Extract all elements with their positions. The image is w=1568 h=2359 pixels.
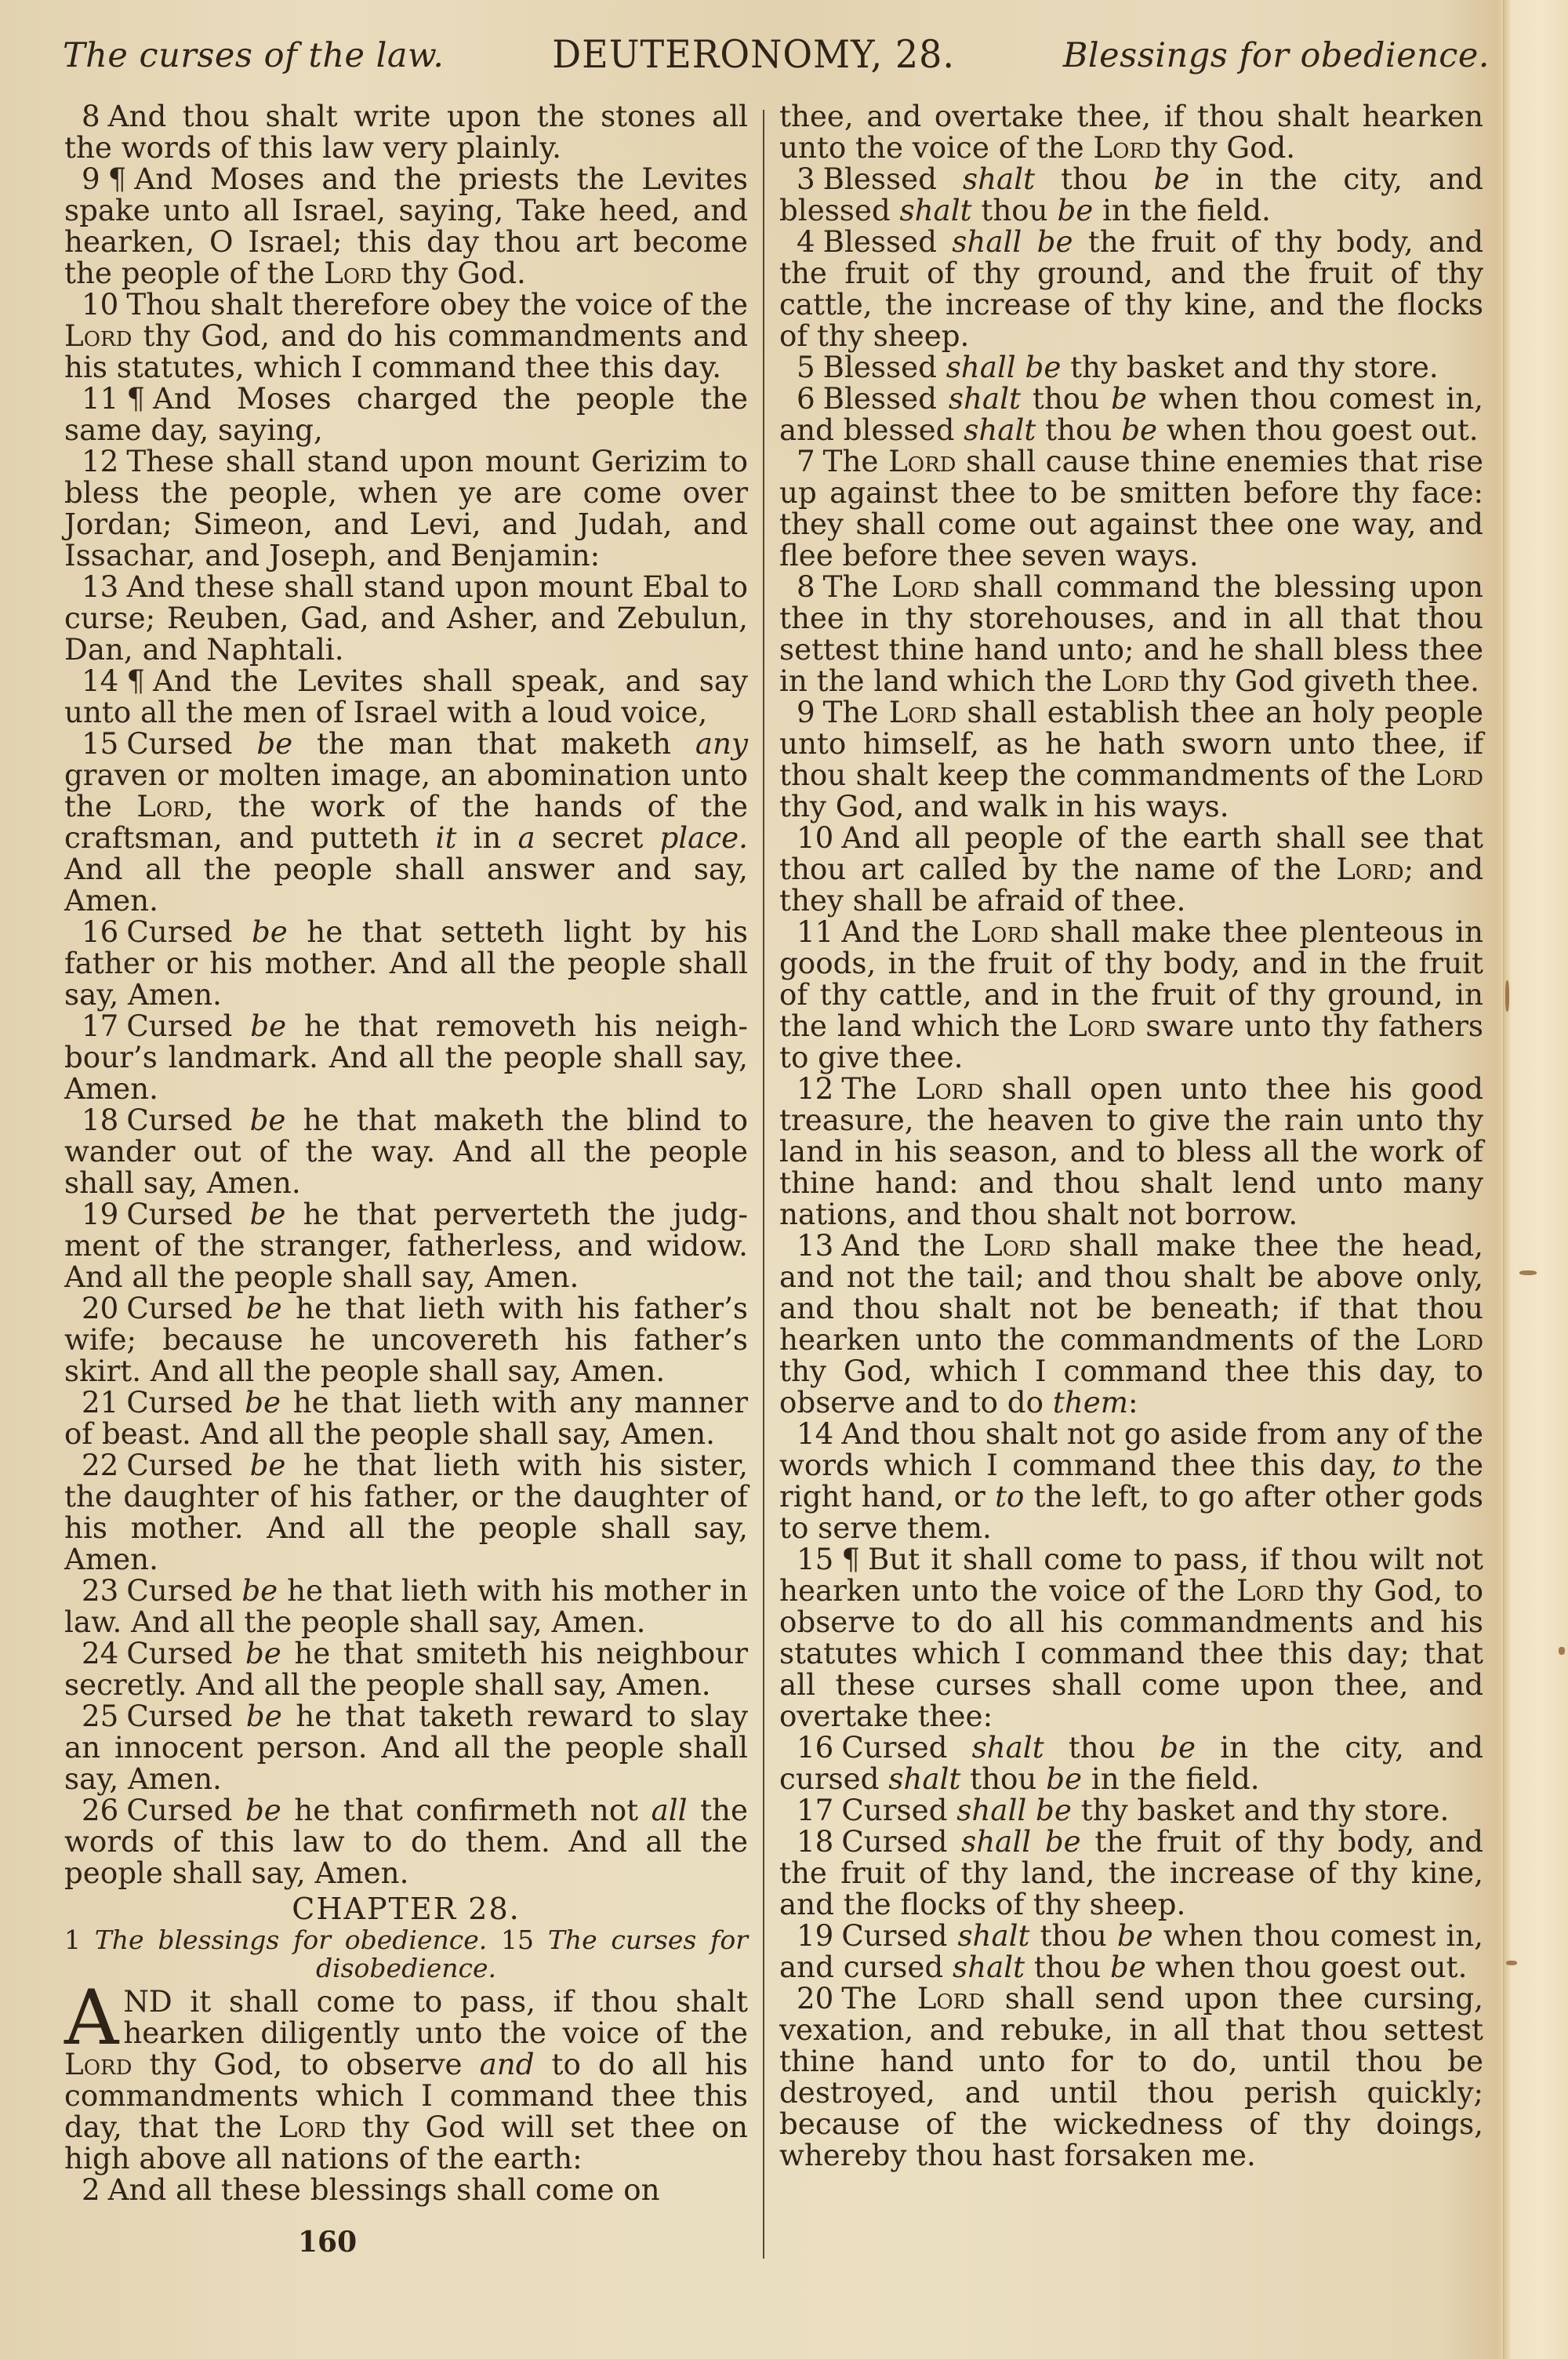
verse-number: 26 (82, 1793, 118, 1827)
foxing-stain (1506, 1961, 1517, 1965)
verse-text-run: thou (1021, 381, 1111, 416)
verse-text-run: in the field. (1093, 193, 1271, 227)
verse-text-run: thy God, and do his command­ments and hi… (64, 318, 748, 384)
italic-supplied-word: be (250, 1009, 286, 1043)
summary-text: The blessings for obedience. (95, 1925, 501, 1955)
verse-number: 6 (797, 381, 815, 416)
verse-number: 9 (82, 162, 100, 196)
verse-text-run: : (1128, 1385, 1138, 1419)
verse-text-run: thou (1036, 413, 1121, 447)
small-caps-lord: Lord (1093, 130, 1160, 165)
verse: thee, and overtake thee, if thou shalt h… (779, 100, 1483, 163)
italic-supplied-word: be (1160, 1730, 1196, 1765)
small-caps-lord: Lord (1102, 663, 1169, 698)
italic-supplied-word: shalt (888, 1761, 960, 1796)
italic-supplied-word: a (517, 820, 535, 855)
italic-supplied-word: and (480, 2047, 535, 2081)
verse-number: 20 (797, 1981, 833, 2016)
next-page-edge (1503, 0, 1568, 2359)
verse-text-run: Cursed (841, 1824, 961, 1859)
verse-number: 24 (82, 1636, 118, 1670)
verse-text-run: thou (1025, 1950, 1110, 1984)
verse-text-run: Cursed (126, 1573, 241, 1608)
verse-text-run: thou (1044, 1730, 1160, 1765)
chapter-heading: CHAPTER 28. (64, 1893, 748, 1925)
verse: 6Blessed shalt thou be when thou comest … (779, 383, 1483, 445)
verse: 13And the Lord shall make thee the head,… (779, 1230, 1483, 1418)
verse-number: 21 (82, 1385, 118, 1419)
italic-supplied-word: be (250, 1448, 286, 1482)
italic-supplied-word: shall be (961, 1824, 1081, 1859)
verse-text-run: Blessed (823, 381, 949, 416)
verse-text-run: thy God, and walk in his ways. (779, 789, 1229, 823)
verse: 23Cursed be he that lieth with his mothe… (64, 1575, 748, 1637)
italic-supplied-word: shall be (956, 1793, 1072, 1827)
page-number: 160 (298, 2226, 357, 2259)
verse-number: 18 (82, 1103, 118, 1137)
small-caps-lord: Lord (891, 569, 959, 604)
verse-text-run: the man that maketh (292, 726, 695, 761)
verse-text-run: These shall stand upon mount Gerizim to … (64, 444, 748, 572)
verse-text-run: Cursed (126, 1699, 246, 1733)
small-caps-lord: Lord (1416, 758, 1483, 792)
verse-text-run: thy God, to observe (132, 2047, 479, 2081)
italic-supplied-word: any (695, 726, 748, 761)
verse-number: 12 (797, 1071, 833, 1106)
verse-number: 16 (797, 1730, 833, 1765)
verse-number: 17 (797, 1793, 833, 1827)
verse-number: 25 (82, 1699, 118, 1733)
italic-supplied-word: be (1111, 381, 1147, 416)
small-caps-lord: Lord (983, 1228, 1051, 1263)
small-caps-lord: Lord (916, 1071, 983, 1106)
italic-supplied-word: be (252, 914, 288, 949)
verse-number: 17 (82, 1009, 118, 1043)
verse-text-run: And the Levites shall speak, and say unt… (64, 663, 748, 729)
verse-text-run: in (456, 820, 517, 855)
verse-number: 16 (82, 914, 118, 949)
verse: 5Blessed shall be thy basket and thy sto… (779, 351, 1483, 383)
pilcrow-icon: ¶ (108, 162, 127, 196)
verse-number: 22 (82, 1448, 118, 1482)
verse-number: 10 (797, 820, 833, 855)
verse-number: 15 (797, 1542, 833, 1576)
italic-supplied-word: be (1057, 193, 1093, 227)
verse-number: 20 (82, 1291, 118, 1325)
italic-supplied-word: be (1117, 1918, 1153, 1953)
verse-number: 18 (797, 1824, 833, 1859)
italic-supplied-word: shalt (972, 1730, 1044, 1765)
verse: 13And these shall stand upon mount Ebal … (64, 571, 748, 665)
small-caps-lord: Lord (136, 789, 204, 823)
small-caps-lord: Lord (1336, 852, 1403, 886)
verse: 2And all these blessings shall come on (64, 2174, 748, 2205)
italic-supplied-word: shalt (964, 413, 1036, 447)
verse-number: 23 (82, 1573, 118, 1608)
small-caps-lord: Lord (971, 914, 1038, 949)
italic-supplied-word: it (436, 820, 457, 855)
verse: 10And all people of the earth shall see … (779, 822, 1483, 916)
verse-number: 14 (797, 1416, 833, 1451)
verse-text-run: And thou shalt not go aside from any of … (779, 1416, 1483, 1482)
small-caps-lord: Lord (889, 695, 956, 729)
verse-number: 8 (82, 99, 100, 133)
verse-text-run: it shall come to pass, if thou shalt hea… (123, 1984, 748, 2050)
verse: 24Cursed be he that smiteth his neigh­bo… (64, 1637, 748, 1700)
verse-number: 3 (797, 162, 815, 196)
verse: 9The Lord shall establish thee an holy p… (779, 696, 1483, 822)
verse-number: 7 (797, 444, 815, 478)
header-left-topic: The curses of the law. (63, 36, 444, 75)
italic-supplied-word: be (250, 1103, 286, 1137)
verse: 15¶But it shall come to pass, if thou wi… (779, 1543, 1483, 1732)
verse-text-run: And thou shalt write upon the stones all… (64, 99, 748, 165)
small-caps-lord: Lord (64, 318, 132, 353)
verse: 14¶And the Levites shall speak, and say … (64, 665, 748, 728)
verse-text-run: Cursed (126, 1103, 249, 1137)
italic-supplied-word: be (245, 1793, 281, 1827)
italic-supplied-word: to (1392, 1448, 1421, 1482)
verse-text-run: Cursed (126, 1636, 245, 1670)
verse-number: 11 (82, 381, 118, 416)
verse-text-run: thy basket and thy store. (1061, 350, 1438, 384)
italic-supplied-word: be (1046, 1761, 1082, 1796)
chapter-summary: 1 The blessings for obedience. 15 The cu… (64, 1926, 748, 1983)
verse-text-run: And all the people shall answer and say,… (64, 852, 748, 918)
summary-verse-ref: 15 (501, 1925, 548, 1955)
verse-text-run: The (823, 444, 888, 478)
right-column: thee, and overtake thee, if thou shalt h… (779, 100, 1483, 2171)
italic-supplied-word: be (241, 1573, 278, 1608)
verse: 11¶And Moses charged the people the same… (64, 383, 748, 445)
verse: 3Blessed shalt thou be in the city, and … (779, 163, 1483, 226)
verse-text-run: when thou goest out. (1157, 413, 1479, 447)
verse-text-run: Cursed (126, 1291, 246, 1325)
verse-text-run: And these shall stand upon mount Ebal to… (64, 569, 748, 667)
pilcrow-icon: ¶ (126, 663, 145, 698)
verse-text-run: Cursed (126, 1448, 249, 1482)
verse-text-run: thy God giveth thee. (1169, 663, 1479, 698)
italic-supplied-word: be (1121, 413, 1157, 447)
drop-cap: A (64, 1987, 118, 2048)
verse: 15Cursed be the man that maketh any grav… (64, 728, 748, 916)
drop-cap-rest: ND (123, 1984, 172, 2019)
verse-text-run: Cursed (841, 1918, 957, 1953)
verse-number: 9 (797, 695, 815, 729)
italic-supplied-word: place. (659, 820, 748, 855)
italic-supplied-word: shalt (963, 162, 1035, 196)
italic-supplied-word: be (246, 1291, 282, 1325)
verse-number: 10 (82, 287, 118, 322)
chapter-27-verses: 8And thou shalt write upon the stones al… (64, 100, 748, 1888)
verse-28-1: AND it shall come to pass, if thou shalt… (64, 1986, 748, 2174)
verse-number: 11 (797, 914, 833, 949)
verse-text-run: Cursed (126, 1009, 250, 1043)
italic-supplied-word: be (245, 1385, 281, 1419)
small-caps-lord: Lord (278, 2110, 346, 2144)
verse-text-run: Cursed (126, 914, 252, 949)
verse-text-run: thou (1035, 162, 1153, 196)
verse-number: 5 (797, 350, 815, 384)
verse-number: 12 (82, 444, 118, 478)
verse: 19Cursed be he that perverteth the judg­… (64, 1198, 748, 1292)
verse-text-run: The (841, 1981, 916, 2016)
small-caps-lord: Lord (1416, 1322, 1483, 1357)
verse: 11And the Lord shall make thee plenteous… (779, 916, 1483, 1073)
verse-number: 19 (82, 1197, 118, 1231)
header-book-chapter: DEUTERONOMY, 28. (552, 32, 955, 77)
verse-number: 2 (82, 2172, 100, 2207)
italic-supplied-word: be (1154, 162, 1190, 196)
verse-text-run: thy God. (1161, 130, 1295, 165)
verse: 8And thou shalt write upon the stones al… (64, 100, 748, 163)
verse: 26Cursed be he that confirmeth not all t… (64, 1794, 748, 1888)
verse-text-run: Cursed (841, 1793, 956, 1827)
verse-text-run: he that confirmeth not (281, 1793, 652, 1827)
italic-supplied-word: shalt (949, 381, 1021, 416)
verse: 25Cursed be he that taketh reward to sla… (64, 1700, 748, 1794)
verse-text-run: thou (972, 193, 1058, 227)
italic-supplied-word: shall be (946, 350, 1062, 384)
summary-verse-ref: 1 (64, 1925, 95, 1955)
verse-number: 4 (797, 224, 815, 259)
verse-number: 14 (82, 663, 118, 698)
small-caps-lord: Lord (888, 444, 956, 478)
verse: 19Cursed shalt thou be when thou comest … (779, 1920, 1483, 1983)
verse: 16Cursed shalt thou be in the city, and … (779, 1732, 1483, 1794)
verse-number: 13 (82, 569, 118, 604)
verse: 4Blessed shall be the fruit of thy body,… (779, 226, 1483, 351)
italic-supplied-word: them (1053, 1385, 1128, 1419)
italic-supplied-word: be (245, 1636, 281, 1670)
verse-text-run: Blessed (823, 350, 946, 384)
italic-supplied-word: be (250, 1197, 286, 1231)
verse-text-run: Blessed (823, 224, 953, 259)
verse-text-run: in the field. (1082, 1761, 1260, 1796)
italic-supplied-word: all (652, 1793, 688, 1827)
verse-text-run: Blessed (823, 162, 963, 196)
italic-supplied-word: shalt (900, 193, 972, 227)
chapter-28-verses-right: thee, and overtake thee, if thou shalt h… (779, 100, 1483, 2171)
verse: 18Cursed be he that maketh the blind to … (64, 1104, 748, 1198)
verse: 17Cursed shall be thy basket and thy sto… (779, 1794, 1483, 1826)
verse: 21Cursed be he that lieth with any manne… (64, 1387, 748, 1449)
verse-text-run: thou (960, 1761, 1046, 1796)
verse: 7The Lord shall cause thine enemies that… (779, 445, 1483, 571)
verse-number: 15 (82, 726, 118, 761)
verse-text-run: The (823, 695, 889, 729)
italic-supplied-word: shalt (957, 1918, 1029, 1953)
verse-text-run: when thou goest out. (1146, 1950, 1468, 1984)
verse: 9¶And Moses and the priests the Levites … (64, 163, 748, 289)
pilcrow-icon: ¶ (126, 381, 145, 416)
verse-text-run: secret (535, 820, 660, 855)
verse-text-run: Thou shalt therefore obey the voice of t… (126, 287, 748, 322)
verse-text-run: Cursed (126, 1793, 245, 1827)
verse-text-run: thou (1030, 1918, 1117, 1953)
verse-text-run: The (823, 569, 892, 604)
foxing-stain (1519, 1270, 1537, 1275)
verse-text-run: Cursed (126, 726, 256, 761)
verse-text-run: And the (841, 914, 971, 949)
verse-text-run: And the (841, 1228, 983, 1263)
column-rule (763, 110, 764, 2259)
verse-number: 8 (797, 569, 815, 604)
small-caps-lord: Lord (1236, 1573, 1304, 1608)
italic-supplied-word: be (246, 1699, 282, 1733)
verse-text-run: thy God. (392, 256, 526, 290)
verse: 8The Lord shall command the blessing upo… (779, 571, 1483, 696)
italic-supplied-word: to (995, 1479, 1024, 1514)
verse: 20Cursed be he that lieth with his fathe… (64, 1292, 748, 1387)
header-right-topic: Blessings for obedience. (1063, 36, 1490, 75)
verse: 12These shall stand upon mount Gerizim t… (64, 445, 748, 571)
small-caps-lord: Lord (324, 256, 391, 290)
italic-supplied-word: be (1110, 1950, 1146, 1984)
verse-text-run: thy basket and thy store. (1072, 1793, 1449, 1827)
foxing-stain (1559, 1647, 1565, 1655)
verse-number: 19 (797, 1918, 833, 1953)
verse: 17Cursed be he that removeth his neigh­b… (64, 1010, 748, 1104)
verse: 14And thou shalt not go aside from any o… (779, 1418, 1483, 1543)
verse: 22Cursed be he that lieth with his siste… (64, 1449, 748, 1575)
verse-text-run: And all these blessings shall come on (108, 2172, 660, 2207)
verse: 10Thou shalt therefore obey the voice of… (64, 289, 748, 383)
pilcrow-icon: ¶ (841, 1542, 860, 1576)
running-header: The curses of the law. DEUTERONOMY, 28. … (63, 33, 1490, 80)
verse-text-run: Cursed (126, 1197, 249, 1231)
verse-text-run: Cursed (841, 1730, 971, 1765)
italic-supplied-word: be (256, 726, 292, 761)
verse-text-run: The (841, 1071, 915, 1106)
italic-supplied-word: shalt (953, 1950, 1025, 1984)
verse: 20The Lord shall send upon thee cursing,… (779, 1983, 1483, 2171)
small-caps-lord: Lord (64, 2047, 132, 2081)
verse-text-run: And Moses charged the people the same da… (64, 381, 748, 447)
verse-number: 13 (797, 1228, 833, 1263)
verse: 18Cursed shall be the fruit of thy body,… (779, 1826, 1483, 1920)
verse: 16Cursed be he that setteth light by his… (64, 916, 748, 1010)
verse-text-run: Cursed (126, 1385, 245, 1419)
italic-supplied-word: shall be (952, 224, 1073, 259)
verse: 12The Lord shall open unto thee his good… (779, 1073, 1483, 1230)
small-caps-lord: Lord (917, 1981, 985, 2016)
foxing-stain (1505, 980, 1509, 1012)
small-caps-lord: Lord (1068, 1009, 1135, 1043)
chapter-28-verses-left: 2And all these blessings shall come on (64, 2174, 748, 2205)
left-column: 8And thou shalt write upon the stones al… (64, 100, 748, 2205)
